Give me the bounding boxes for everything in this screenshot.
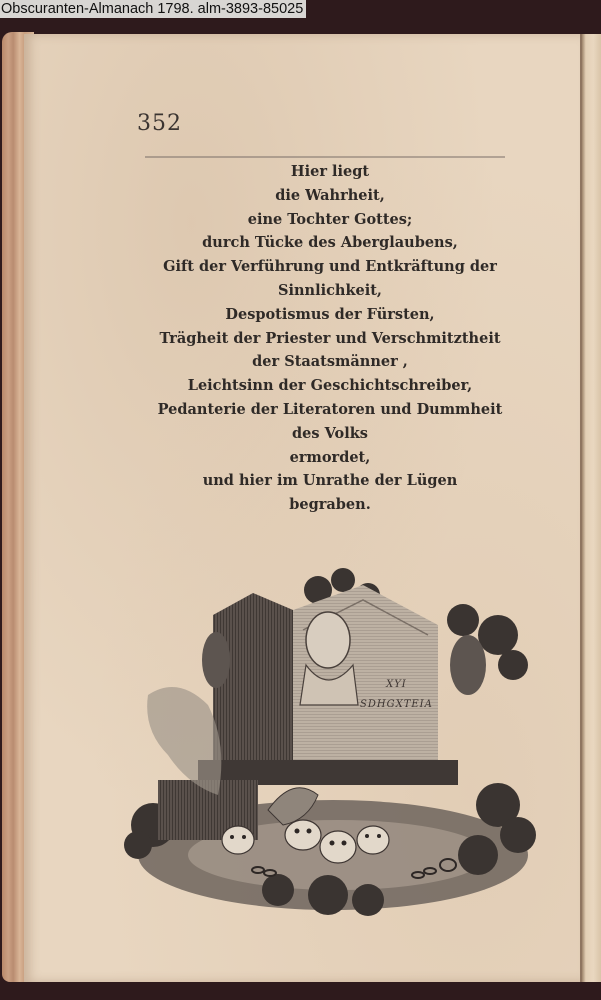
tomb-inscription: XYI SDHGXTEIA xyxy=(360,675,433,715)
facing-page-edge xyxy=(582,34,601,982)
epitaph-line: Despotismus der Fürsten, xyxy=(150,303,510,327)
tomb-engraving xyxy=(118,555,548,930)
epitaph-line: eine Tochter Gottes; xyxy=(150,208,510,232)
inscription-line: SDHGXTEIA xyxy=(360,695,433,715)
epitaph-line: des Volks xyxy=(150,422,510,446)
epitaph-line: die Wahrheit, xyxy=(150,184,510,208)
header-rule xyxy=(145,156,505,158)
epitaph-line: Pedanterie der Literatoren und Dummheit xyxy=(150,398,510,422)
inscription-line: XYI xyxy=(360,675,433,695)
epitaph-line: Leichtsinn der Geschichtschreiber, xyxy=(150,374,510,398)
epitaph-line: durch Tücke des Aberglaubens, xyxy=(150,231,510,255)
epitaph-line: ermordet, xyxy=(150,446,510,470)
epitaph-line: und hier im Unrathe der Lügen xyxy=(150,469,510,493)
epitaph-line: begraben. xyxy=(150,493,510,517)
epitaph-line: Trägheit der Priester und Verschmitzthei… xyxy=(150,327,510,351)
epitaph-line: Hier liegt xyxy=(150,160,510,184)
epitaph-line: Gift der Verführung und Entkräftung der xyxy=(150,255,510,279)
epitaph-text: Hier liegt die Wahrheit, eine Tochter Go… xyxy=(150,160,510,517)
epitaph-line: der Staatsmänner , xyxy=(150,350,510,374)
window-title: Obscuranten-Almanach 1798. alm-3893-8502… xyxy=(0,0,306,18)
epitaph-line: Sinnlichkeit, xyxy=(150,279,510,303)
page-number: 352 xyxy=(137,111,182,136)
